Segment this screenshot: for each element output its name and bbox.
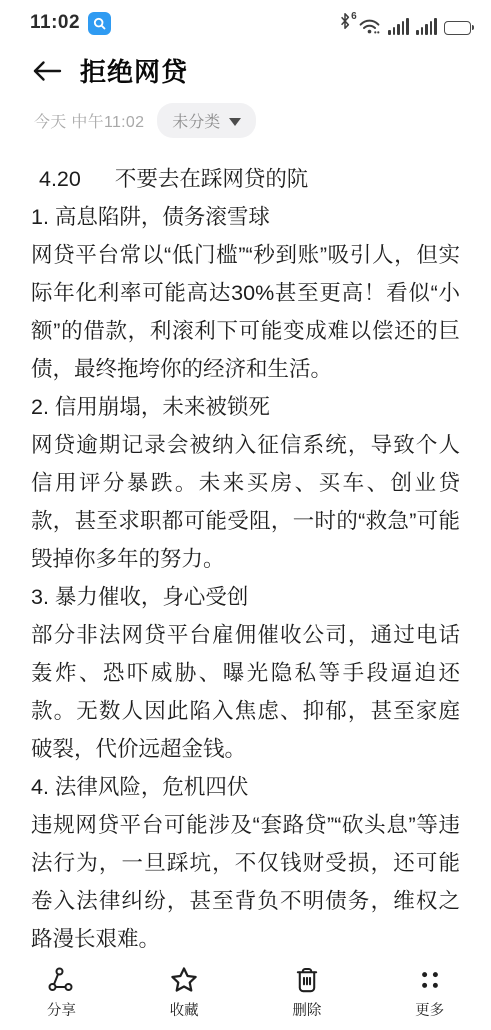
section-body: 违规网贷平台可能涉及“套路贷”“砍头息”等违法行为，一旦踩坑，不仅钱财受损，还可… bbox=[31, 806, 460, 958]
note-date: 4.20 bbox=[39, 167, 81, 191]
section-heading: 3. 暴力催收，身心受创 bbox=[31, 578, 460, 616]
bluetooth-icon bbox=[339, 12, 351, 35]
signal-strength-icon-sim1 bbox=[388, 18, 409, 35]
delete-label: 删除 bbox=[292, 999, 321, 1020]
bottom-toolbar: 分享 收藏 删除 更多 bbox=[0, 956, 491, 1030]
back-arrow-icon bbox=[32, 59, 62, 83]
wifi6-icon: 6 bbox=[358, 17, 381, 35]
favorite-button[interactable]: 收藏 bbox=[123, 966, 246, 1020]
share-icon bbox=[47, 966, 75, 994]
favorite-label: 收藏 bbox=[170, 999, 199, 1020]
clock: 11:02 bbox=[30, 12, 80, 34]
wifi-generation-label: 6 bbox=[351, 11, 357, 22]
star-icon bbox=[169, 966, 199, 994]
section-heading: 4. 法律风险，危机四伏 bbox=[31, 768, 460, 806]
signal-strength-icon-sim2 bbox=[416, 18, 437, 35]
note-meta-row: 今天 中午11:02 未分类 bbox=[0, 89, 491, 138]
note-timestamp: 今天 中午11:02 bbox=[34, 109, 144, 132]
trash-icon bbox=[293, 966, 321, 994]
note-header: 拒绝网贷 bbox=[0, 36, 491, 89]
share-label: 分享 bbox=[47, 999, 76, 1020]
note-content[interactable]: 4.20不要去在踩网贷的阬 1. 高息陷阱，债务滚雪球 网贷平台常以“低门槛”“… bbox=[0, 138, 491, 958]
more-button[interactable]: 更多 bbox=[368, 966, 491, 1020]
status-bar: 11:02 6 bbox=[0, 0, 491, 36]
share-button[interactable]: 分享 bbox=[0, 966, 123, 1020]
section-body: 网贷平台常以“低门槛”“秒到账”吸引人，但实际年化利率可能高达30%甚至更高！看… bbox=[31, 236, 460, 388]
section-heading: 1. 高息陷阱，债务滚雪球 bbox=[31, 198, 460, 236]
section-heading: 2. 信用崩塌，未来被锁死 bbox=[31, 388, 460, 426]
more-dots-icon bbox=[416, 966, 444, 994]
note-title-text: 不要去在踩网贷的阬 bbox=[115, 167, 309, 191]
section-body: 部分非法网贷平台雇佣催收公司，通过电话轰炸、恐吓威胁、曝光隐私等手段逼迫还款。无… bbox=[31, 616, 460, 768]
page-title: 拒绝网贷 bbox=[80, 52, 188, 89]
delete-button[interactable]: 删除 bbox=[246, 966, 369, 1020]
more-label: 更多 bbox=[415, 999, 444, 1020]
search-app-notification-icon bbox=[88, 12, 111, 35]
battery-icon bbox=[444, 21, 471, 35]
category-label: 未分类 bbox=[172, 109, 220, 132]
section-body: 网贷逾期记录会被纳入征信系统，导致个人信用评分暴跌。未来买房、买车、创业贷款，甚… bbox=[31, 426, 460, 578]
caret-down-icon bbox=[229, 118, 241, 126]
note-title-line: 4.20不要去在踩网贷的阬 bbox=[31, 160, 460, 198]
category-selector[interactable]: 未分类 bbox=[157, 103, 256, 138]
back-button[interactable] bbox=[32, 59, 62, 83]
